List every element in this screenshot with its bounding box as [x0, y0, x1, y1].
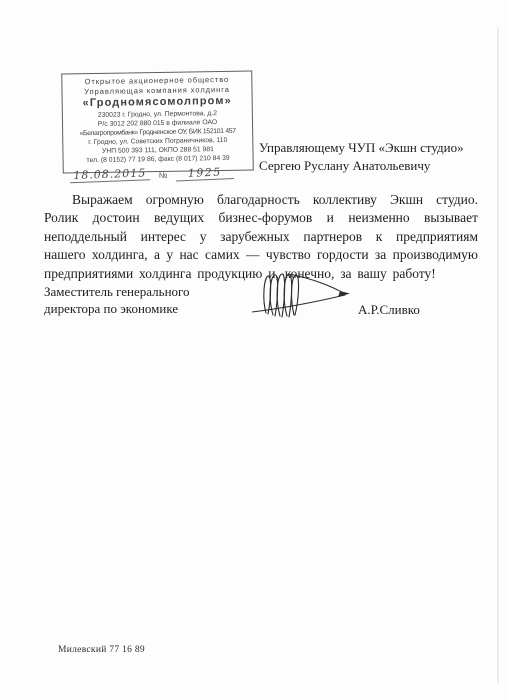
signer-name: А.Р.Сливко: [358, 302, 420, 318]
signature-scribble: [252, 271, 402, 331]
addressee-line-2: Сергею Руслану Анатольевичу: [259, 157, 464, 175]
stamp-number-handwritten: 1925: [176, 165, 235, 181]
stamp-phone-fax: тел. (8 0152) 77 19 86, факс (8 017) 210…: [64, 154, 253, 166]
executor-contact: Милевский 77 16 89: [58, 645, 145, 655]
signer-title: Заместитель генерального директора по эк…: [44, 284, 190, 317]
signer-title-line-2: директора по экономике: [44, 301, 190, 318]
company-stamp: Открытое акционерное общество Управляюща…: [61, 71, 254, 174]
scanned-letter-page: Открытое акционерное общество Управляюща…: [0, 0, 510, 700]
stamp-date-number-row: 18.08.2015 № 1925: [64, 166, 253, 186]
number-sign: №: [159, 171, 168, 180]
letter-body: Выражаем огромную благодарность коллекти…: [44, 191, 478, 283]
signature-pen-hook: [338, 291, 350, 297]
signer-title-line-1: Заместитель генерального: [44, 284, 190, 301]
addressee-block: Управляющему ЧУП «Экшн студио» Сергею Ру…: [259, 139, 464, 175]
addressee-line-1: Управляющему ЧУП «Экшн студио»: [259, 139, 464, 157]
scan-artifact-line: [497, 28, 499, 683]
stamp-date-handwritten: 18.08.2015: [70, 166, 150, 183]
